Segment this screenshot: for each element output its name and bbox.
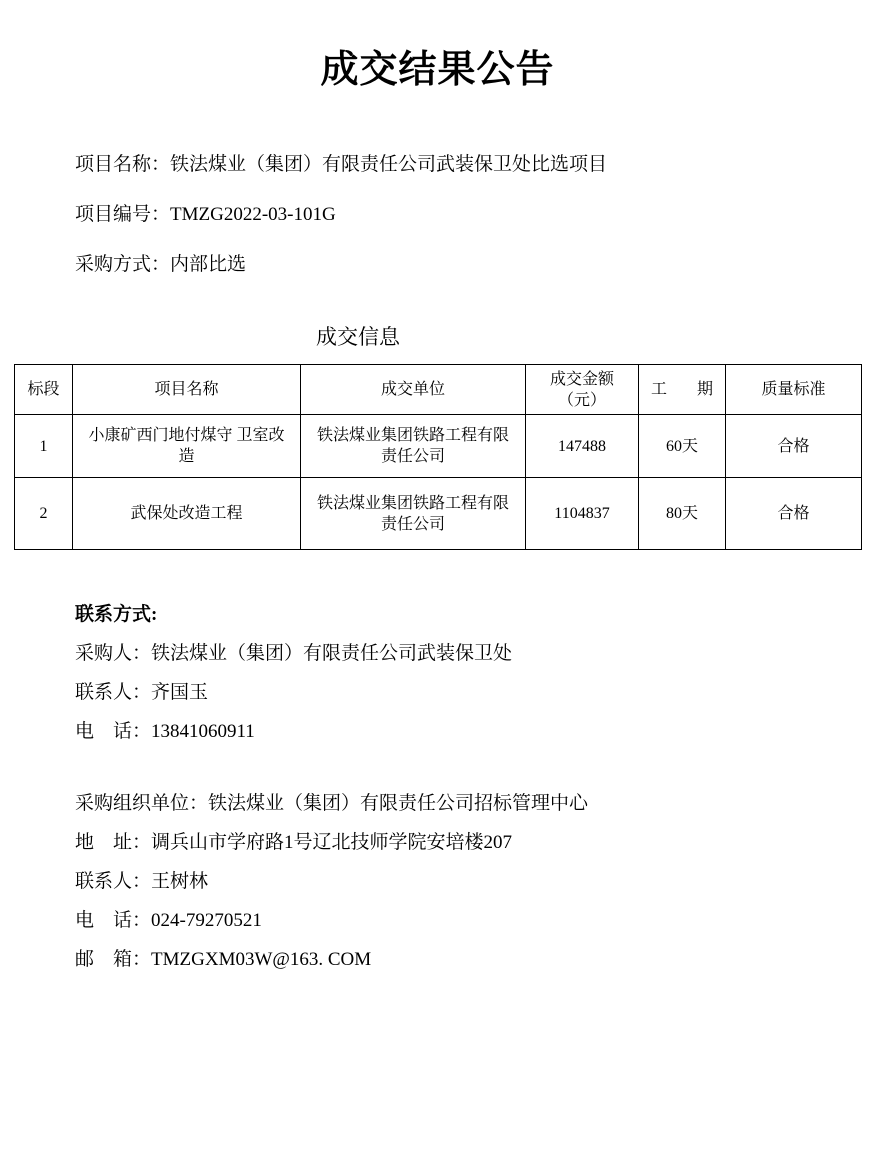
header-deal-amount: 成交金额 （元） bbox=[526, 365, 639, 415]
header-project-name: 项目名称 bbox=[73, 365, 301, 415]
header-winning-unit: 成交单位 bbox=[301, 365, 526, 415]
contact-phone-value: 13841060911 bbox=[151, 721, 255, 742]
purchaser-value: 铁法煤业（集团）有限责任公司武装保卫处 bbox=[151, 643, 512, 664]
project-name-label: 项目名称： bbox=[75, 154, 170, 175]
organizer-contact-person-value: 王树林 bbox=[151, 871, 208, 892]
project-name-value: 铁法煤业（集团）有限责任公司武装保卫处比选项目 bbox=[170, 154, 607, 175]
deal-result-table: 标段 项目名称 成交单位 成交金额 （元） 工期 质量标准 1 小康矿西门地付煤… bbox=[14, 364, 862, 550]
cell-row2-quality-standard: 合格 bbox=[726, 478, 862, 550]
project-number-label: 项目编号： bbox=[75, 204, 170, 225]
procurement-method-label: 采购方式： bbox=[75, 254, 170, 275]
organizer-email-line: 邮 箱：TMZGXM03W@163. COM bbox=[75, 947, 875, 973]
header-quality-standard: 质量标准 bbox=[726, 365, 862, 415]
document-page: 成交结果公告 项目名称：铁法煤业（集团）有限责任公司武装保卫处比选项目 项目编号… bbox=[0, 0, 875, 1155]
organizer-block: 采购组织单位：铁法煤业（集团）有限责任公司招标管理中心 地 址：调兵山市学府路1… bbox=[75, 791, 875, 973]
cell-row1-winning-unit: 铁法煤业集团铁路工程有限 责任公司 bbox=[301, 415, 526, 478]
organizer-email-label: 邮 箱： bbox=[75, 949, 151, 970]
cell-row2-bid-section: 2 bbox=[15, 478, 73, 550]
organizer-unit-value: 铁法煤业（集团）有限责任公司招标管理中心 bbox=[208, 793, 588, 814]
table-row: 1 小康矿西门地付煤守 卫室改 造 铁法煤业集团铁路工程有限 责任公司 1474… bbox=[15, 415, 862, 478]
project-info-block: 项目名称：铁法煤业（集团）有限责任公司武装保卫处比选项目 项目编号：TMZG20… bbox=[75, 152, 875, 278]
contact-person-line: 联系人：齐国玉 bbox=[75, 680, 875, 706]
organizer-address-value: 调兵山市学府路1号辽北技师学院安培楼207 bbox=[151, 832, 512, 853]
project-number-value: TMZG2022-03-101G bbox=[170, 204, 336, 225]
organizer-contact-person-line: 联系人：王树林 bbox=[75, 869, 875, 895]
cell-row1-duration: 60天 bbox=[639, 415, 726, 478]
header-duration: 工期 bbox=[639, 365, 726, 415]
contact-person-value: 齐国玉 bbox=[151, 682, 208, 703]
document-title: 成交结果公告 bbox=[0, 0, 875, 94]
organizer-unit-label: 采购组织单位： bbox=[75, 793, 208, 814]
cell-row1-deal-amount: 147488 bbox=[526, 415, 639, 478]
project-number-line: 项目编号：TMZG2022-03-101G bbox=[75, 202, 875, 228]
organizer-phone-line: 电 话：024-79270521 bbox=[75, 908, 875, 934]
organizer-address-line: 地 址：调兵山市学府路1号辽北技师学院安培楼207 bbox=[75, 830, 875, 856]
table-header-row: 标段 项目名称 成交单位 成交金额 （元） 工期 质量标准 bbox=[15, 365, 862, 415]
cell-row1-bid-section: 1 bbox=[15, 415, 73, 478]
procurement-method-value: 内部比选 bbox=[170, 254, 246, 275]
contact-person-label: 联系人： bbox=[75, 682, 151, 703]
organizer-address-label: 地 址： bbox=[75, 832, 151, 853]
purchaser-line: 采购人：铁法煤业（集团）有限责任公司武装保卫处 bbox=[75, 641, 875, 667]
organizer-phone-label: 电 话： bbox=[75, 910, 151, 931]
organizer-unit-line: 采购组织单位：铁法煤业（集团）有限责任公司招标管理中心 bbox=[75, 791, 875, 817]
cell-row2-deal-amount: 1104837 bbox=[526, 478, 639, 550]
cell-row2-project-name: 武保处改造工程 bbox=[73, 478, 301, 550]
cell-row1-project-name: 小康矿西门地付煤守 卫室改 造 bbox=[73, 415, 301, 478]
contact-phone-line: 电 话：13841060911 bbox=[75, 719, 875, 745]
contact-heading: 联系方式: bbox=[75, 602, 875, 628]
cell-row2-winning-unit: 铁法煤业集团铁路工程有限 责任公司 bbox=[301, 478, 526, 550]
header-bid-section: 标段 bbox=[15, 365, 73, 415]
purchaser-label: 采购人： bbox=[75, 643, 151, 664]
cell-row2-duration: 80天 bbox=[639, 478, 726, 550]
deal-info-section-title: 成交信息 bbox=[0, 324, 716, 350]
contact-phone-label: 电 话： bbox=[75, 721, 151, 742]
organizer-contact-person-label: 联系人： bbox=[75, 871, 151, 892]
organizer-phone-value: 024-79270521 bbox=[151, 910, 262, 931]
table-row: 2 武保处改造工程 铁法煤业集团铁路工程有限 责任公司 1104837 80天 … bbox=[15, 478, 862, 550]
procurement-method-line: 采购方式：内部比选 bbox=[75, 252, 875, 278]
contact-block: 联系方式: 采购人：铁法煤业（集团）有限责任公司武装保卫处 联系人：齐国玉 电 … bbox=[75, 602, 875, 745]
project-name-line: 项目名称：铁法煤业（集团）有限责任公司武装保卫处比选项目 bbox=[75, 152, 875, 178]
cell-row1-quality-standard: 合格 bbox=[726, 415, 862, 478]
organizer-email-value: TMZGXM03W@163. COM bbox=[151, 949, 371, 970]
